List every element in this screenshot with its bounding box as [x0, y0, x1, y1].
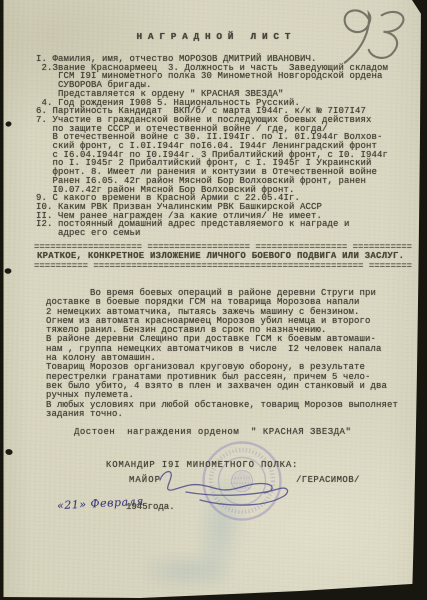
punch-mark — [5, 121, 12, 127]
scan-edge-overlay — [0, 0, 427, 600]
award-sheet-scan: Н А Г Р А Д Н О Й Л И С Т I. Фамилия, им… — [0, 0, 427, 600]
punch-mark — [5, 449, 13, 456]
punch-mark — [5, 268, 12, 274]
